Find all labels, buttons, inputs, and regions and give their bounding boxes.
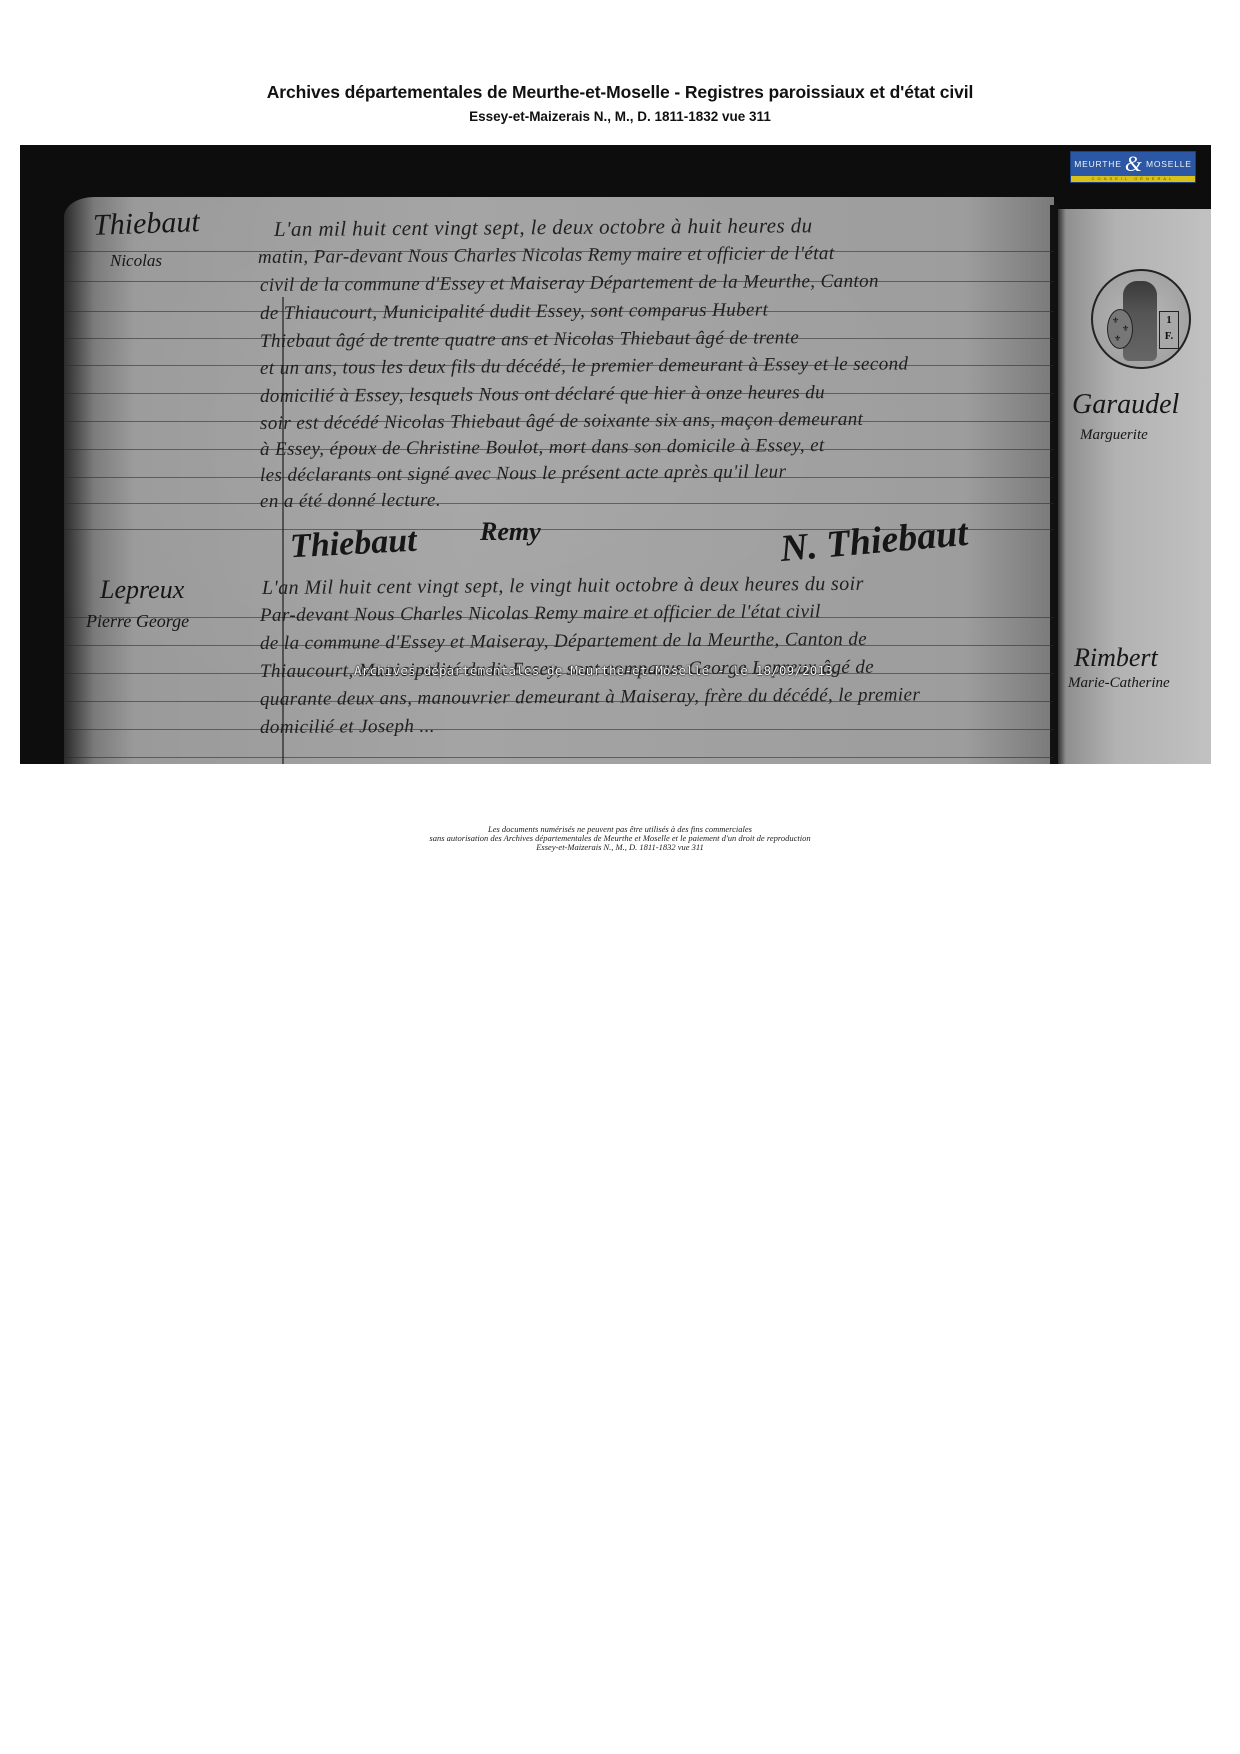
entry-1-line: les déclarants ont signé avec Nous le pr… <box>260 461 787 487</box>
register-scan-image: Meurthe & Moselle Conseil Général Thieba… <box>20 145 1211 764</box>
right-given-2: Marie-Catherine <box>1068 675 1170 692</box>
entry-1-line: et un ans, tous les deux fils du décédé,… <box>260 353 909 380</box>
entry-2-line: L'an Mil huit cent vingt sept, le vingt … <box>262 573 864 600</box>
entry-2-line: de la commune d'Essey et Maiseray, Dépar… <box>260 629 867 655</box>
stamp-denomination: 1 F. <box>1159 311 1179 349</box>
entry-1-line: civil de la commune d'Essey et Maiseray … <box>260 271 879 297</box>
register-reference: Essey-et-Maizerais N., M., D. 1811-1832 … <box>0 109 1240 124</box>
tax-stamp: ⚜ ⚜ ⚜ 1 F. <box>1091 269 1191 369</box>
stamp-shield: ⚜ ⚜ ⚜ <box>1107 309 1133 349</box>
meurthe-moselle-logo: Meurthe & Moselle Conseil Général <box>1070 151 1196 183</box>
right-given-1: Marguerite <box>1080 427 1148 444</box>
logo-right-text: Moselle <box>1146 159 1192 169</box>
entry-2-line: quarante deux ans, manouvrier demeurant … <box>260 684 920 711</box>
margin-given-2: Pierre George <box>86 611 189 632</box>
entry-1-line: L'an mil huit cent vingt sept, le deux o… <box>274 213 813 242</box>
archive-watermark: Archives départementales de Meurthe-et-M… <box>354 663 833 678</box>
logo-left-text: Meurthe <box>1074 159 1121 169</box>
entry-1-line: soir est décédé Nicolas Thiebaut âgé de … <box>260 409 863 435</box>
logo-ampersand: & <box>1125 151 1143 176</box>
entry-1-line: domicilié à Essey, lesquels Nous ont déc… <box>260 382 825 408</box>
right-surname-2: Rimbert <box>1074 643 1158 673</box>
entry-1-line: de Thiaucourt, Municipalité dudit Essey,… <box>260 299 768 325</box>
page-header: Archives départementales de Meurthe-et-M… <box>0 82 1240 124</box>
entry-2-line: domicilié et Joseph ... <box>260 716 435 739</box>
signature-thiebaut: Thiebaut <box>289 522 417 567</box>
logo-band: Conseil Général <box>1071 176 1195 182</box>
margin-surname-1: Thiebaut <box>92 205 200 243</box>
entry-1-line: Thiebaut âgé de trente quatre ans et Nic… <box>260 327 799 353</box>
usage-notice-reference: Essey-et-Maizerais N., M., D. 1811-1832 … <box>0 843 1240 852</box>
entry-1-line: matin, Par-devant Nous Charles Nicolas R… <box>258 243 835 269</box>
signature-remy: Remy <box>480 517 541 547</box>
archive-title: Archives départementales de Meurthe-et-M… <box>0 82 1240 103</box>
usage-notice: Les documents numérisés ne peuvent pas ê… <box>0 825 1240 852</box>
margin-surname-2: Lepreux <box>100 575 184 605</box>
entry-2-line: Par-devant Nous Charles Nicolas Remy mai… <box>260 601 821 627</box>
margin-given-1: Nicolas <box>110 251 162 271</box>
right-surname-1: Garaudel <box>1072 389 1179 421</box>
entry-1-line: à Essey, époux de Christine Boulot, mort… <box>260 435 825 461</box>
entry-1-line: en a été donné lecture. <box>260 490 441 513</box>
